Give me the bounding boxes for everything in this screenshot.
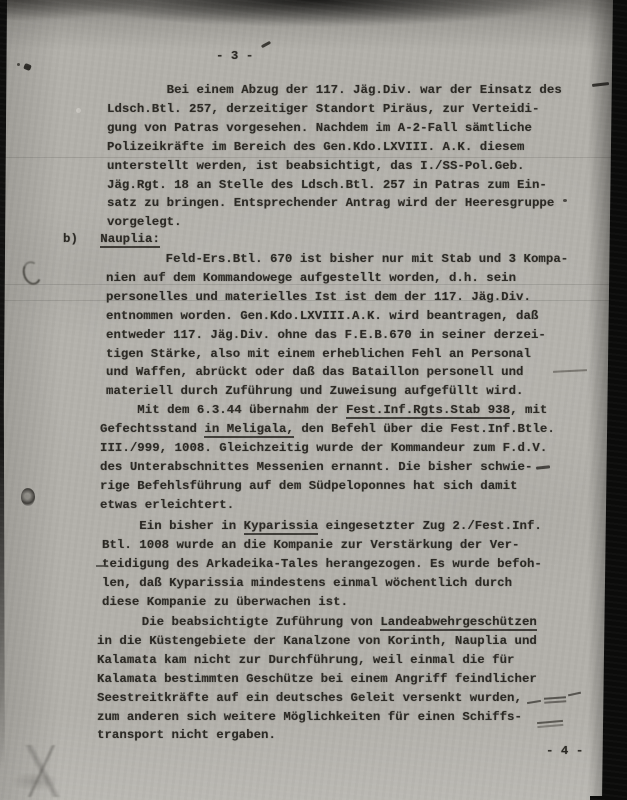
paragraph-2: Feld-Ers.Btl. 670 ist bisher nur mit Sta… <box>106 250 568 401</box>
text-run: entnommen worden. Gen.Kdo.LXVIII.A.K. wi… <box>106 309 538 323</box>
text-run: tigen Stärke, also mit einem erheblichen… <box>106 347 531 361</box>
section-heading-b: b) Nauplia: <box>63 230 160 249</box>
text-run: entweder 117. Jäg.Div. ohne das F.E.B.67… <box>106 328 546 342</box>
scan-line-artifact <box>0 157 627 158</box>
crescent-smudge-mark <box>20 259 44 287</box>
text-run: Ldsch.Btl. 257, derzeitiger Standort Pir… <box>107 102 539 116</box>
text-run: Mit dem 6.3.44 übernahm der <box>100 403 346 417</box>
scan-edge-left <box>0 0 7 800</box>
text-run: vorgelegt. <box>107 215 182 229</box>
text-run: materiell durch Zuführung und Zuweisung … <box>106 384 524 398</box>
ink-blob-mark <box>21 488 35 506</box>
text-run: Die beabsichtigte Zuführung von <box>97 615 380 629</box>
text-run: den Befehl über die Fest.Inf.Btle. <box>294 422 555 436</box>
ink-speck <box>17 63 20 66</box>
paragraph-4: Ein bisher in Kyparissia eingesetzter Zu… <box>102 517 542 612</box>
text-run: len, daß Kyparissia mindestens einmal wö… <box>102 576 512 590</box>
underlined-text: Kyparissia <box>244 519 319 535</box>
text-run: in die Küstengebiete der Kanalzone von K… <box>97 634 537 648</box>
text-run: unterstellt werden, ist beabsichtigt, da… <box>107 159 525 173</box>
corner-smudge <box>5 745 80 797</box>
text-run: - 4 - <box>546 744 583 758</box>
text-run: gung von Patras vorgesehen. Nachdem im A… <box>107 121 532 135</box>
text-run: rige Befehlsführung auf dem Südpeloponne… <box>100 479 518 493</box>
text-run: , mit <box>510 403 547 417</box>
underlined-text: in Meligala, <box>204 422 293 438</box>
text-run: Seestreitkräfte auf ein deutsches Geleit… <box>97 691 522 705</box>
text-run: Bei einem Abzug der 117. Jäg.Div. war de… <box>107 83 562 97</box>
ink-speck <box>23 63 32 71</box>
text-run: personelles und materielles Ist ist dem … <box>106 290 531 304</box>
text-run: nien auf dem Kommandowege aufgestellt wo… <box>106 271 516 285</box>
text-run: Feld-Ers.Btl. 670 ist bisher nur mit Sta… <box>106 252 568 266</box>
text-run: Polizeikräfte im Bereich des Gen.Kdo.LXV… <box>107 140 525 154</box>
paper-flaw-dot <box>76 108 81 113</box>
ink-speck <box>563 199 567 202</box>
text-run: Ein bisher in <box>102 519 244 533</box>
text-run: diese Kompanie zu überwachen ist. <box>102 595 348 609</box>
text-run: Gefechtsstand <box>100 422 204 436</box>
underlined-text: Landeabwehrgeschützen <box>380 615 537 631</box>
text-run: Kalamata bestimmten Geschütze bei einem … <box>97 672 537 686</box>
scanned-document-page: - 3 - Bei einem Abzug der 117. Jäg.Div. … <box>0 0 627 800</box>
text-run: b) <box>63 232 100 246</box>
text-run: satz zu bringen. Entsprechender Antrag w… <box>107 196 554 210</box>
underlined-text: Fest.Inf.Rgts.Stab 938 <box>346 403 510 419</box>
pen-scribble <box>537 720 563 724</box>
text-run: des Unterabschnittes Messenien ernannt. … <box>100 460 532 474</box>
paragraph-5: Die beabsichtigte Zuführung von Landeabw… <box>97 613 537 745</box>
text-run: und Waffen, abrückt oder daß das Bataill… <box>106 365 524 379</box>
text-run: etwas erleichtert. <box>100 498 234 512</box>
text-run: Kalamata kam nicht zur Durchführung, wei… <box>97 653 515 667</box>
page-number-top: - 3 - <box>216 47 253 66</box>
page-number-bottom: - 4 - <box>546 742 583 761</box>
scan-line-artifact <box>0 300 627 301</box>
text-run: III./999, 1008. Gleichzeitig wurde der K… <box>100 441 547 455</box>
text-run: zum anderen sich weitere Möglichkeiten f… <box>97 710 522 724</box>
paragraph-3: Mit dem 6.3.44 übernahm der Fest.Inf.Rgt… <box>100 401 555 514</box>
text-run: teidigung des Arkadeika-Tales herangezog… <box>102 557 542 571</box>
text-run: Jäg.Rgt. 18 an Stelle des Ldsch.Btl. 257… <box>107 178 547 192</box>
pen-tick-mark <box>261 41 271 48</box>
text-run: Btl. 1008 wurde an die Kompanie zur Vers… <box>102 538 520 552</box>
underlined-text: Nauplia: <box>100 232 160 248</box>
pen-scribble <box>568 692 581 697</box>
scan-line-artifact <box>0 284 627 285</box>
text-run: eingesetzter Zug 2./Fest.Inf. <box>318 519 542 533</box>
text-run: - 3 - <box>216 49 253 63</box>
scan-edge-bottom <box>590 796 627 800</box>
text-run: transport nicht ergaben. <box>97 728 276 742</box>
pen-scribble <box>544 696 566 700</box>
